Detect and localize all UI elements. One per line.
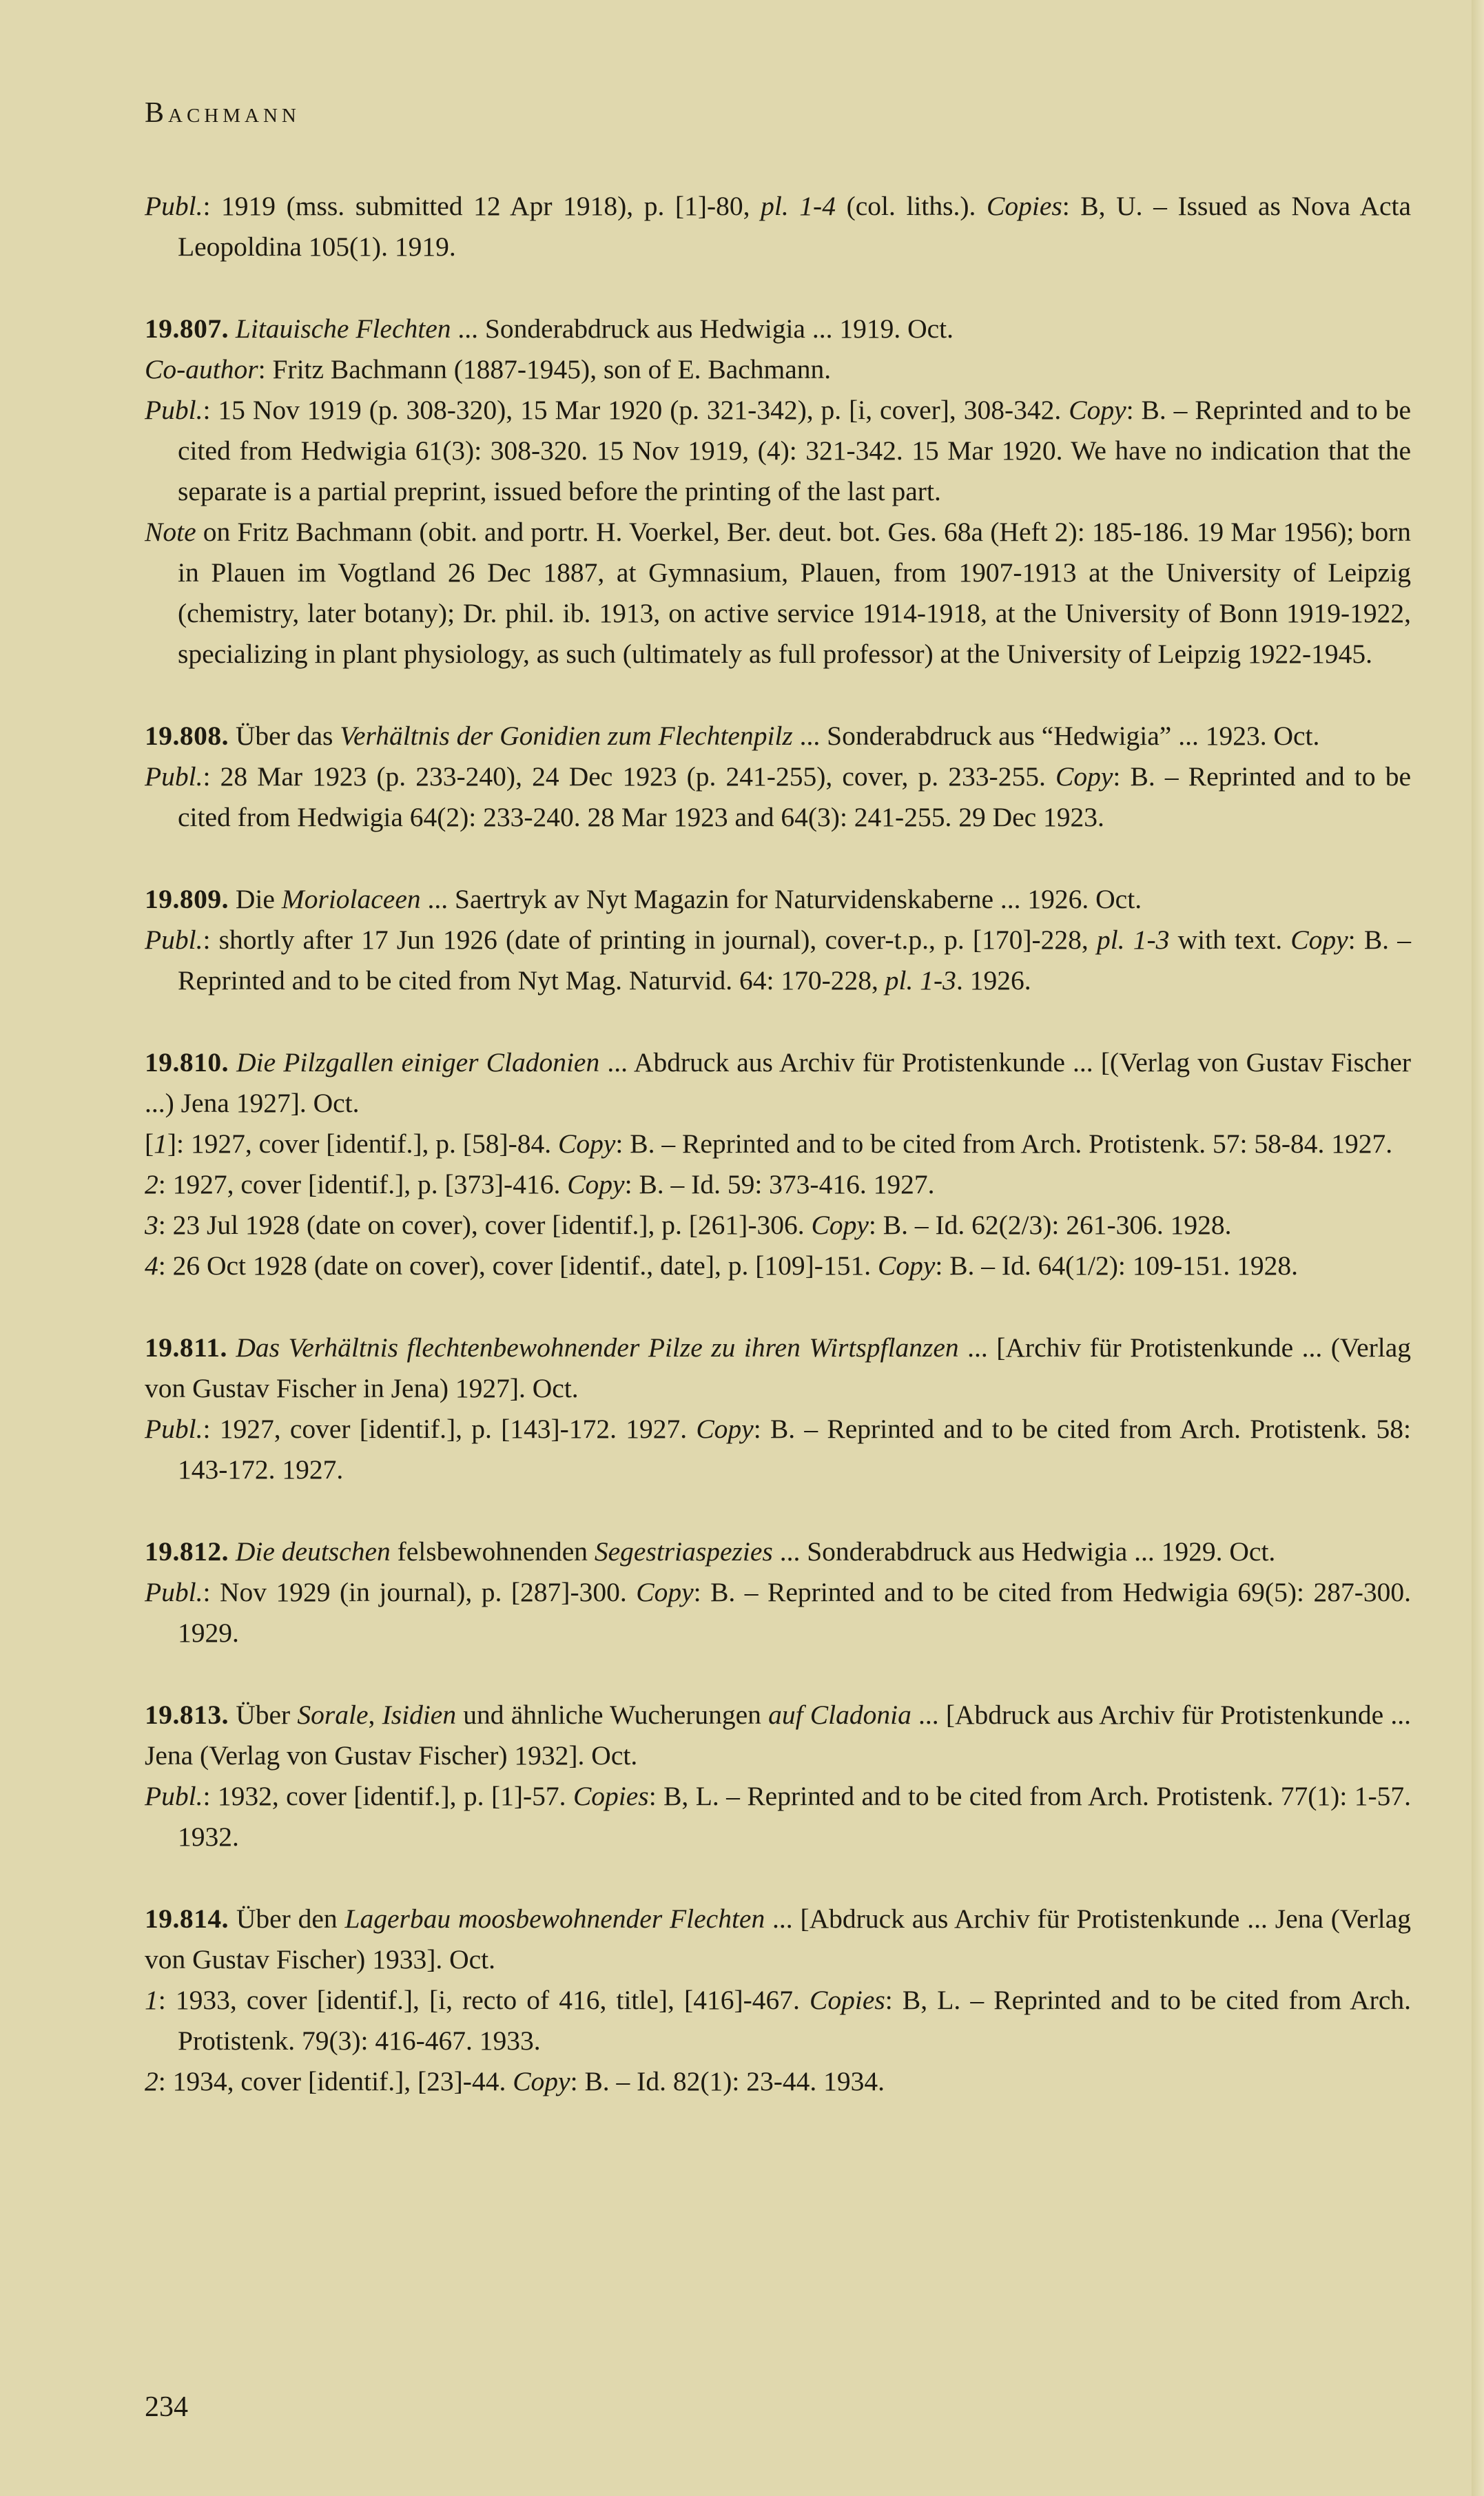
entry-title-text: ,: [368, 1700, 382, 1730]
entry-title-line: 19.811. Das Verhältnis flechtenbewohnend…: [145, 1328, 1411, 1409]
entry-list: 19.807. Litauische Flechten ... Sonderab…: [145, 309, 1411, 2102]
detail-text: ]: 1927, cover [identif.], p. [58]-84.: [167, 1128, 558, 1159]
detail-label-italic: Copies: [810, 1985, 885, 2015]
entry-title-italic: Litauische Flechten: [236, 313, 451, 344]
entry-title-text: [229, 313, 236, 344]
detail-text: : B. – Id. 59: 373-416. 1927.: [625, 1169, 935, 1199]
detail-text: : 28 Mar 1923 (p. 233-240), 24 Dec 1923 …: [203, 761, 1055, 792]
detail-text: : shortly after 17 Jun 1926 (date of pri…: [203, 925, 1096, 955]
entry-detail-paragraph: Publ.: 15 Nov 1919 (p. 308-320), 15 Mar …: [145, 390, 1411, 512]
entry-number: 19.813.: [145, 1700, 229, 1730]
detail-label-italic: 4: [145, 1250, 158, 1281]
entry-title-italic: Die Pilzgallen einiger Cladonien: [236, 1047, 599, 1077]
detail-label-italic: Copy: [1055, 761, 1113, 792]
entry-number: 19.810.: [145, 1047, 229, 1077]
detail-text: : 1927, cover [identif.], p. [143]-172. …: [203, 1414, 696, 1444]
detail-label-italic: Publ.: [145, 1781, 203, 1811]
detail-text: : 1933, cover [identif.], [i, recto of 4…: [158, 1985, 810, 2015]
entry-title-italic: Das Verhältnis flechtenbewohnender Pilze…: [236, 1332, 958, 1363]
detail-label-italic: Copy: [513, 2066, 570, 2096]
entry-detail-paragraph: 3: 23 Jul 1928 (date on cover), cover [i…: [145, 1205, 1411, 1246]
bibliography-entry: 19.812. Die deutschen felsbewohnenden Se…: [145, 1531, 1411, 1653]
entry-title-text: ... Saertryk av Nyt Magazin for Naturvid…: [421, 884, 1142, 914]
page-content: Publ.: 1919 (mss. submitted 12 Apr 1918)…: [145, 186, 1411, 2102]
entry-number: 19.807.: [145, 313, 229, 344]
bibliography-entry: 19.808. Über das Verhältnis der Gonidien…: [145, 716, 1411, 838]
entry-title-line: 19.814. Über den Lagerbau moosbewohnende…: [145, 1899, 1411, 1980]
entry-title-italic: Moriolaceen: [282, 884, 421, 914]
detail-text: : B. – Reprinted and to be cited from Ar…: [615, 1128, 1392, 1159]
entry-detail-paragraph: Co-author: Fritz Bachmann (1887-1945), s…: [145, 349, 1411, 390]
entry-title-line: 19.807. Litauische Flechten ... Sonderab…: [145, 309, 1411, 349]
detail-text: on Fritz Bachmann (obit. and portr. H. V…: [178, 517, 1411, 669]
bibliography-entry: 19.807. Litauische Flechten ... Sonderab…: [145, 309, 1411, 674]
copies-label: Copies: [987, 191, 1062, 221]
entry-detail-paragraph: Publ.: shortly after 17 Jun 1926 (date o…: [145, 920, 1411, 1001]
entry-detail-paragraph: 4: 26 Oct 1928 (date on cover), cover [i…: [145, 1246, 1411, 1286]
entry-title-text: ... Sonderabdruck aus “Hedwigia” ... 192…: [793, 721, 1320, 751]
detail-label-italic: Copy: [1069, 395, 1126, 425]
detail-label-italic: Publ.: [145, 925, 203, 955]
detail-text: : Fritz Bachmann (1887-1945), son of E. …: [258, 354, 832, 384]
detail-label-italic: Copy: [696, 1414, 753, 1444]
detail-label-italic: 2: [145, 1169, 158, 1199]
detail-label-italic: 1: [145, 1985, 158, 2015]
entry-detail-paragraph: Publ.: 28 Mar 1923 (p. 233-240), 24 Dec …: [145, 756, 1411, 838]
entry-title-line: 19.809. Die Moriolaceen ... Saertryk av …: [145, 879, 1411, 920]
detail-label-italic: pl. 1-3: [885, 965, 956, 996]
entry-title-text: Über das: [229, 721, 340, 751]
detail-label-italic: Copy: [811, 1210, 868, 1240]
detail-label-italic: pl. 1-3: [1097, 925, 1169, 955]
detail-text: with text.: [1169, 925, 1290, 955]
detail-text: : B. – Id. 62(2/3): 261-306. 1928.: [869, 1210, 1232, 1240]
detail-text: : 1927, cover [identif.], p. [373]-416.: [158, 1169, 567, 1199]
detail-text: : 1934, cover [identif.], [23]-44.: [158, 2066, 513, 2096]
entry-number: 19.812.: [145, 1536, 229, 1567]
entry-title-text: ... Sonderabdruck aus Hedwigia ... 1919.…: [451, 313, 954, 344]
running-head: Bachmann: [145, 96, 300, 130]
detail-label-italic: Copy: [1290, 925, 1348, 955]
entry-title-text: [227, 1332, 236, 1363]
entry-title-italic: Lagerbau moosbewohnender Flechten: [345, 1904, 765, 1934]
entry-title-text: [229, 1536, 236, 1567]
entry-title-italic: Sorale: [297, 1700, 368, 1730]
detail-text: . 1926.: [956, 965, 1031, 996]
entry-title-line: 19.813. Über Sorale, Isidien und ähnlich…: [145, 1695, 1411, 1776]
entry-title-text: und ähnliche Wucherungen: [456, 1700, 768, 1730]
detail-label-italic: Copy: [636, 1577, 693, 1607]
entry-detail-paragraph: Publ.: 1927, cover [identif.], p. [143]-…: [145, 1409, 1411, 1490]
entry-title-italic: Die deutschen: [236, 1536, 391, 1567]
entry-detail-paragraph: 2: 1927, cover [identif.], p. [373]-416.…: [145, 1164, 1411, 1205]
entry-detail-paragraph: Note on Fritz Bachmann (obit. and portr.…: [145, 512, 1411, 674]
entry-detail-paragraph: 2: 1934, cover [identif.], [23]-44. Copy…: [145, 2061, 1411, 2102]
entry-title-italic: auf Cladonia: [768, 1700, 911, 1730]
entry-number: 19.808.: [145, 721, 229, 751]
entry-number: 19.811.: [145, 1332, 227, 1363]
detail-label-italic: Copy: [567, 1169, 624, 1199]
detail-label-italic: Copy: [558, 1128, 615, 1159]
detail-label-italic: Note: [145, 517, 196, 547]
bibliography-entry: 19.810. Die Pilzgallen einiger Cladonien…: [145, 1042, 1411, 1286]
entry-title-line: 19.810. Die Pilzgallen einiger Cladonien…: [145, 1042, 1411, 1124]
detail-text: : 23 Jul 1928 (date on cover), cover [id…: [158, 1210, 812, 1240]
entry-title-text: [229, 1047, 236, 1077]
entry-title-italic: Isidien: [382, 1700, 457, 1730]
entry-title-text: felsbewohnenden: [391, 1536, 595, 1567]
entry-title-line: 19.808. Über das Verhältnis der Gonidien…: [145, 716, 1411, 756]
page-edge-shadow: [1472, 0, 1484, 2496]
detail-text: [: [145, 1128, 154, 1159]
detail-text: : 15 Nov 1919 (p. 308-320), 15 Mar 1920 …: [203, 395, 1069, 425]
detail-label-italic: Publ.: [145, 1414, 203, 1444]
entry-title-text: ... Sonderabdruck aus Hedwigia ... 1929.…: [773, 1536, 1276, 1567]
detail-label-italic: 1: [154, 1128, 167, 1159]
detail-label-italic: Publ.: [145, 1577, 203, 1607]
page-number: 234: [145, 2391, 188, 2424]
entry-detail-paragraph: Publ.: 1932, cover [identif.], p. [1]-57…: [145, 1776, 1411, 1857]
entry-title-italic: Verhältnis der Gonidien zum Flechtenpilz: [340, 721, 793, 751]
entry-title-text: Über: [229, 1700, 297, 1730]
entry-title-italic: Segestriaspezies: [595, 1536, 773, 1567]
bibliography-entry: 19.811. Das Verhältnis flechtenbewohnend…: [145, 1328, 1411, 1490]
detail-text: : B. – Id. 82(1): 23-44. 1934.: [570, 2066, 885, 2096]
entry-detail-paragraph: 1: 1933, cover [identif.], [i, recto of …: [145, 1980, 1411, 2061]
detail-label-italic: Copies: [573, 1781, 649, 1811]
detail-text: : Nov 1929 (in journal), p. [287]-300.: [203, 1577, 636, 1607]
bibliography-entry: 19.809. Die Moriolaceen ... Saertryk av …: [145, 879, 1411, 1001]
detail-label-italic: Publ.: [145, 395, 203, 425]
detail-label-italic: Publ.: [145, 761, 203, 792]
detail-text: : 1932, cover [identif.], p. [1]-57.: [203, 1781, 573, 1811]
entry-title-text: Die: [229, 884, 282, 914]
entry-number: 19.814.: [145, 1904, 229, 1934]
detail-text: : 26 Oct 1928 (date on cover), cover [id…: [158, 1250, 878, 1281]
detail-label-italic: 3: [145, 1210, 158, 1240]
entry-title-text: Über den: [229, 1904, 345, 1934]
intro-publication-note: Publ.: 1919 (mss. submitted 12 Apr 1918)…: [145, 186, 1411, 267]
entry-detail-paragraph: [1]: 1927, cover [identif.], p. [58]-84.…: [145, 1124, 1411, 1164]
entry-detail-paragraph: Publ.: Nov 1929 (in journal), p. [287]-3…: [145, 1572, 1411, 1653]
entry-number: 19.809.: [145, 884, 229, 914]
publ-label: Publ.: [145, 191, 203, 221]
detail-label-italic: Co-author: [145, 354, 258, 384]
detail-label-italic: Copy: [878, 1250, 935, 1281]
detail-text: : B. – Id. 64(1/2): 109-151. 1928.: [935, 1250, 1298, 1281]
bibliography-entry: 19.813. Über Sorale, Isidien und ähnlich…: [145, 1695, 1411, 1857]
detail-label-italic: 2: [145, 2066, 158, 2096]
entry-title-line: 19.812. Die deutschen felsbewohnenden Se…: [145, 1531, 1411, 1572]
bibliography-entry: 19.814. Über den Lagerbau moosbewohnende…: [145, 1899, 1411, 2102]
